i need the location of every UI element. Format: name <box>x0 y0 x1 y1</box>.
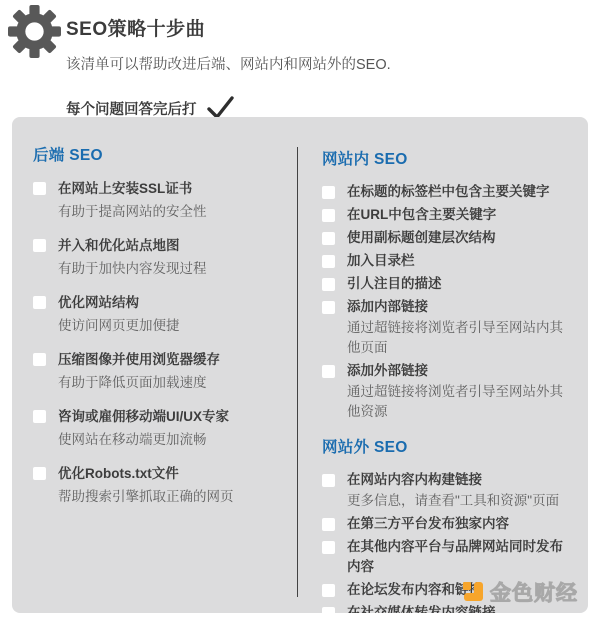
item-label: 优化Robots.txt文件 <box>58 463 283 484</box>
checkbox[interactable] <box>322 209 335 222</box>
checklist-item: 在第三方平台发布独家内容 <box>322 514 574 534</box>
gear-icon <box>8 5 61 58</box>
page-title: SEO策略十步曲 <box>66 10 580 41</box>
checklist-item: 在URL中包含主要关键字 <box>322 205 574 225</box>
jinse-logo-icon <box>461 580 485 604</box>
checkbox[interactable] <box>322 255 335 268</box>
item-desc: 帮助搜索引擎抓取正确的网页 <box>58 486 283 507</box>
item-desc: 有助于加快内容发现过程 <box>58 258 283 279</box>
page-subtitle: 该清单可以帮助改进后端、网站内和网站外的SEO. <box>66 53 580 74</box>
checkbox[interactable] <box>322 518 335 531</box>
checklist-item: 使用副标题创建层次结构 <box>322 228 574 248</box>
item-label: 添加外部链接 <box>347 361 574 381</box>
item-label: 引人注目的描述 <box>347 274 574 294</box>
checkbox[interactable] <box>322 541 335 554</box>
section-heading-backend: 后端 SEO <box>33 143 283 165</box>
item-desc: 使网站在移动端更加流畅 <box>58 429 283 450</box>
instruction-text: 每个问题回答完后打 <box>66 98 197 119</box>
checkbox[interactable] <box>33 410 46 423</box>
checkbox[interactable] <box>322 186 335 199</box>
checkbox[interactable] <box>322 584 335 597</box>
checkbox[interactable] <box>322 607 335 613</box>
checkbox[interactable] <box>322 278 335 291</box>
checklist-item: 在网站内容内构建链接 更多信息，请查看"工具和资源"页面 <box>322 470 574 511</box>
checkbox[interactable] <box>33 353 46 366</box>
item-label: 使用副标题创建层次结构 <box>347 228 574 248</box>
item-desc: 更多信息，请查看"工具和资源"页面 <box>347 491 574 511</box>
checklist-item: 优化Robots.txt文件 帮助搜索引擎抓取正确的网页 <box>33 463 283 507</box>
checklist-item: 在网站上安装SSL证书 有助于提高网站的安全性 <box>33 178 283 222</box>
checkbox[interactable] <box>33 467 46 480</box>
item-label: 在标题的标签栏中包含主要关键字 <box>347 182 574 202</box>
watermark-text: 金色财经 <box>490 577 578 607</box>
item-label: 优化网站结构 <box>58 292 283 313</box>
section-heading-offsite: 网站外 SEO <box>322 435 574 457</box>
item-label: 添加内部链接 <box>347 297 574 317</box>
item-label: 在网站上安装SSL证书 <box>58 178 283 199</box>
checklist-item: 在标题的标签栏中包含主要关键字 <box>322 182 574 202</box>
item-desc: 通过超链接将浏览者引导至网站外其他资源 <box>347 382 574 422</box>
checklist-item: 压缩图像并使用浏览器缓存 有助于降低页面加载速度 <box>33 349 283 393</box>
checklist-item: 咨询或雇佣移动端UI/UX专家 使网站在移动端更加流畅 <box>33 406 283 450</box>
item-label: 并入和优化站点地图 <box>58 235 283 256</box>
backend-seo-column: 后端 SEO 在网站上安装SSL证书 有助于提高网站的安全性 并入和优化站点地图… <box>12 117 297 613</box>
item-label: 在网站内容内构建链接 <box>347 470 574 490</box>
item-label: 在URL中包含主要关键字 <box>347 205 574 225</box>
checklist-item: 在其他内容平台与品牌网站同时发布内容 <box>322 537 574 577</box>
item-desc: 使访问网页更加便捷 <box>58 315 283 336</box>
checkbox[interactable] <box>33 296 46 309</box>
checklist-panel: 后端 SEO 在网站上安装SSL证书 有助于提高网站的安全性 并入和优化站点地图… <box>12 117 588 613</box>
item-label: 在第三方平台发布独家内容 <box>347 514 574 534</box>
checklist-item: 并入和优化站点地图 有助于加快内容发现过程 <box>33 235 283 279</box>
checklist-item: 添加内部链接 通过超链接将浏览者引导至网站内其他页面 <box>322 297 574 358</box>
item-desc: 通过超链接将浏览者引导至网站内其他页面 <box>347 318 574 358</box>
onsite-offsite-seo-column: 网站内 SEO 在标题的标签栏中包含主要关键字 在URL中包含主要关键字 使用副… <box>297 147 588 597</box>
item-desc: 有助于提高网站的安全性 <box>58 201 283 222</box>
checkbox[interactable] <box>33 239 46 252</box>
item-label: 压缩图像并使用浏览器缓存 <box>58 349 283 370</box>
checkbox[interactable] <box>322 301 335 314</box>
jinse-finance-watermark: 金色财经 <box>461 577 578 607</box>
checklist-item: 引人注目的描述 <box>322 274 574 294</box>
checkbox[interactable] <box>322 232 335 245</box>
section-heading-onsite: 网站内 SEO <box>322 147 574 169</box>
header: SEO策略十步曲 该清单可以帮助改进后端、网站内和网站外的SEO. 每个问题回答… <box>0 0 600 114</box>
checklist-item: 优化网站结构 使访问网页更加便捷 <box>33 292 283 336</box>
item-desc: 有助于降低页面加载速度 <box>58 372 283 393</box>
checklist-item: 加入目录栏 <box>322 251 574 271</box>
item-label: 在其他内容平台与品牌网站同时发布内容 <box>347 537 574 577</box>
checkbox[interactable] <box>322 474 335 487</box>
checklist-item: 添加外部链接 通过超链接将浏览者引导至网站外其他资源 <box>322 361 574 422</box>
item-label: 咨询或雇佣移动端UI/UX专家 <box>58 406 283 427</box>
item-label: 加入目录栏 <box>347 251 574 271</box>
checkbox[interactable] <box>33 182 46 195</box>
checkbox[interactable] <box>322 365 335 378</box>
